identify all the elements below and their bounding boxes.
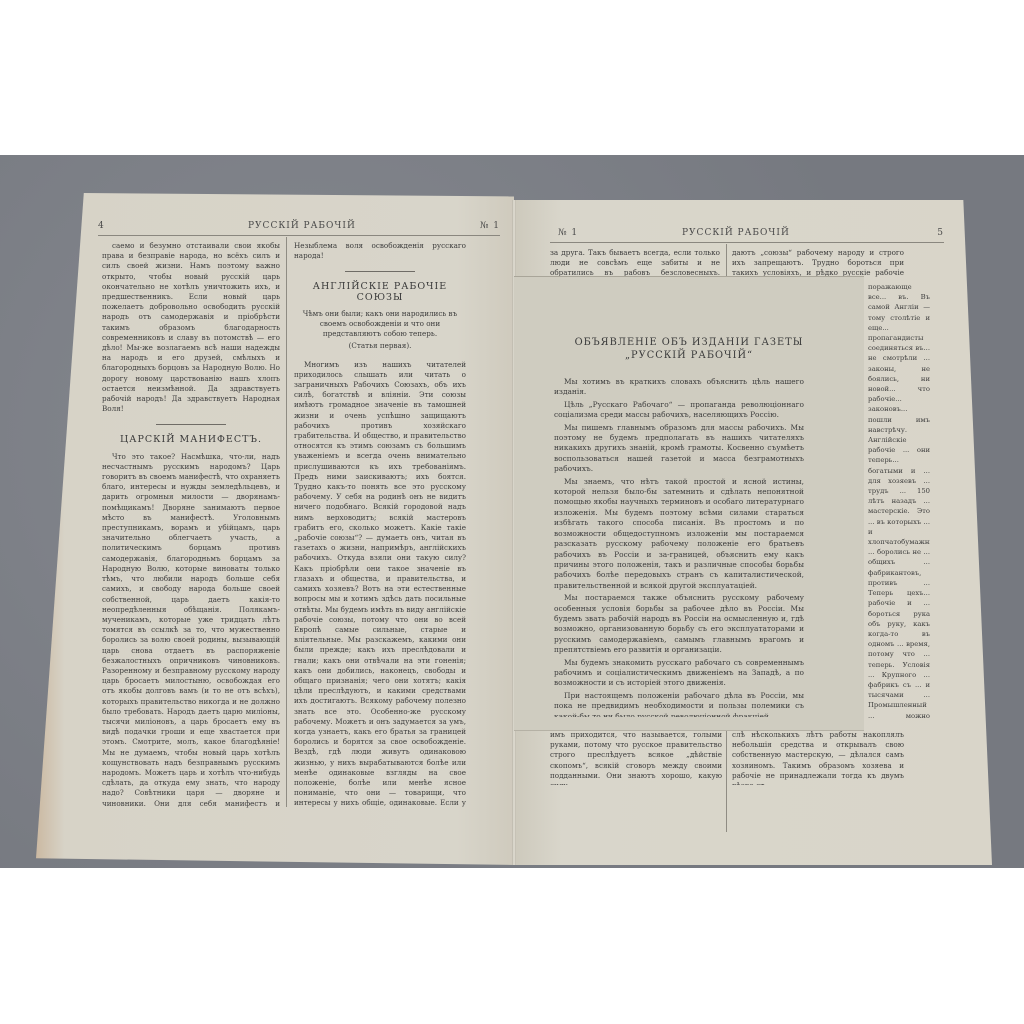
- right-col2-top-text: даютъ „союзы“ рабочему народу и строго и…: [732, 248, 904, 278]
- right-masthead: РУССКІЙ РАБОЧІЙ: [682, 228, 790, 238]
- announcement-title-line1: ОБЪЯВЛЕНІЕ ОБЪ ИЗДАНІИ ГАЗЕТЫ: [514, 337, 864, 348]
- english-unions-subheading: Чѣмъ они были; какъ они народились въ св…: [294, 309, 466, 340]
- announcement-paragraph: Мы хотимъ въ краткихъ словахъ объяснить …: [554, 377, 804, 398]
- announcement-title-line2: „РУССКІЙ РАБОЧІЙ“: [514, 350, 864, 361]
- left-col1-top-text: саемо и безумно отстаивали свои якобы пр…: [102, 241, 280, 414]
- left-issue-number: № 1: [480, 221, 500, 231]
- right-page-header: № 1 РУССКІЙ РАБОЧІЙ 5: [550, 226, 944, 243]
- left-masthead: РУССКІЙ РАБОЧІЙ: [248, 221, 356, 231]
- left-column-divider: [286, 237, 287, 807]
- right-column-1-top: за друга. Такъ бываетъ всегда, если толь…: [550, 248, 720, 278]
- tsar-manifesto-heading: ЦАРСКІЙ МАНИФЕСТЪ.: [102, 435, 280, 445]
- left-col2-top-text: Незыблема воля освобожденія русскаго нар…: [294, 241, 466, 261]
- announcement-paragraph: Цѣль „Русскаго Рабочаго“ — пропаганда ре…: [554, 400, 804, 421]
- announcement-paragraph: При настоящемъ положеніи рабочаго дѣла в…: [554, 691, 804, 717]
- english-unions-body: Многимъ изъ нашихъ читателей приходилось…: [294, 360, 466, 809]
- announcement-paragraph: Мы знаемъ, что нѣтъ такой простой и ясно…: [554, 477, 804, 591]
- left-column-1: саемо и безумно отстаивали свои якобы пр…: [102, 241, 280, 809]
- right-page-number: 5: [937, 228, 944, 238]
- right-issue-number: № 1: [558, 228, 578, 238]
- right-bottom-column-1: имъ приходится, что называется, голыми р…: [550, 730, 722, 785]
- right-bottom-col2-text: слѣ нѣсколькихъ лѣтъ работы накоплялъ не…: [732, 730, 904, 785]
- right-col1-top-text: за друга. Такъ бываетъ всегда, если толь…: [550, 248, 720, 278]
- left-page-number: 4: [98, 221, 105, 231]
- left-column-2: Незыблема воля освобожденія русскаго нар…: [294, 241, 466, 809]
- announcement-paragraph: Мы пишемъ главнымъ образомъ для массы ра…: [554, 423, 804, 475]
- right-bottom-col1-text: имъ приходится, что называется, голыми р…: [550, 730, 722, 785]
- tsar-manifesto-body: Что это такое? Насмѣшка, что-ли, надъ не…: [102, 452, 280, 809]
- right-bottom-column-2: слѣ нѣсколькихъ лѣтъ работы накоплялъ не…: [732, 730, 904, 785]
- right-margin-column: поражающе все... въ. Въ самой Англіи — т…: [868, 282, 930, 722]
- right-margin-text: поражающе все... въ. Въ самой Англіи — т…: [868, 282, 930, 722]
- left-page-header: 4 РУССКІЙ РАБОЧІЙ № 1: [98, 219, 500, 236]
- english-unions-note: (Статья первая).: [294, 341, 466, 351]
- announcement-paragraph: Мы постараемся также объяснить русскому …: [554, 593, 804, 655]
- announcement-paragraph: Мы будемъ знакомить русскаго рабочаго съ…: [554, 658, 804, 689]
- english-unions-heading: АНГЛІЙСКІЕ РАБОЧІЕ СОЮЗЫ: [294, 282, 466, 302]
- separator-rule: [156, 424, 226, 425]
- inserted-announcement-sheet: ОБЪЯВЛЕНІЕ ОБЪ ИЗДАНІИ ГАЗЕТЫ „РУССКІЙ Р…: [514, 277, 864, 730]
- announcement-body: Мы хотимъ въ краткихъ словахъ объяснить …: [554, 377, 804, 717]
- left-page: 4 РУССКІЙ РАБОЧІЙ № 1 саемо и безумно от…: [36, 193, 514, 865]
- right-column-2-top: даютъ „союзы“ рабочему народу и строго и…: [732, 248, 904, 278]
- separator-rule: [345, 271, 415, 272]
